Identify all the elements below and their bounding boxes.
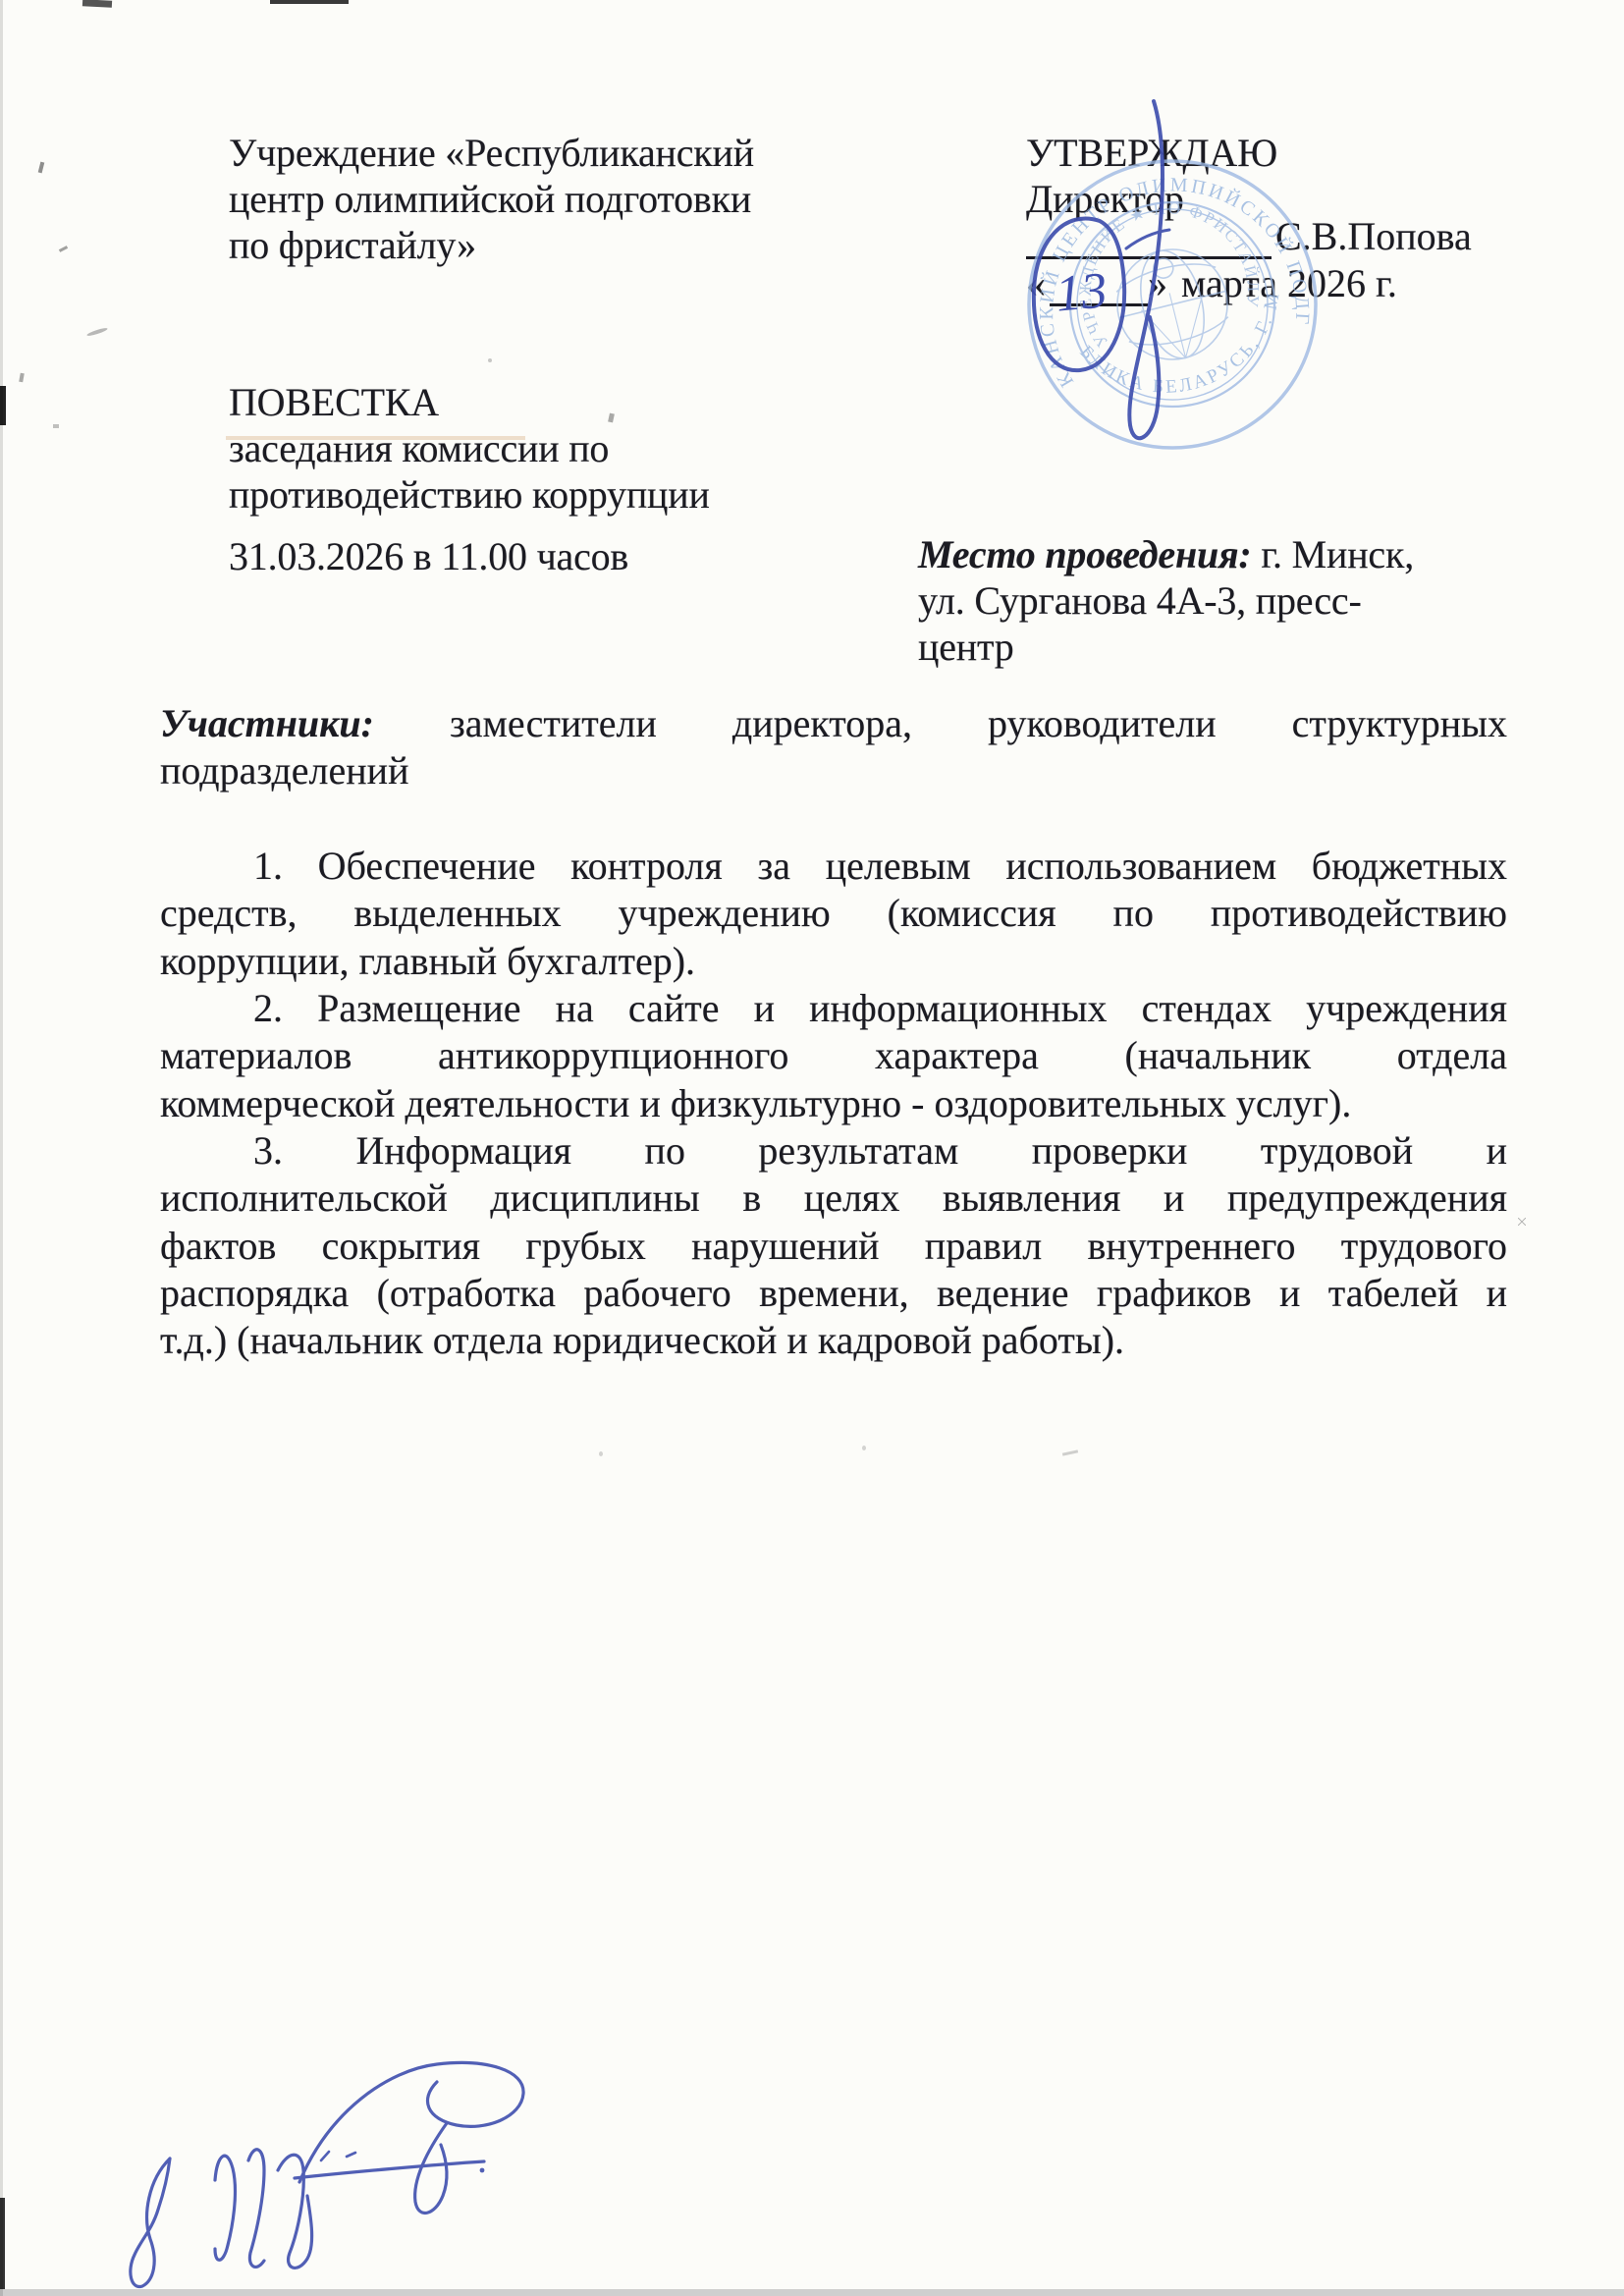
signature-stroke: [321, 2152, 355, 2160]
participants-paragraph: Участники: заместители директора, руково…: [160, 700, 1507, 795]
agenda-item-1: 1. Обеспечение контроля за целевым испол…: [160, 843, 1507, 985]
scan-speck: [53, 424, 59, 428]
scan-speck: [86, 327, 108, 338]
meeting-datetime: 31.03.2026 в 11.00 часов: [229, 533, 628, 579]
item-line: 3. Информация по результатам проверки тр…: [160, 1127, 1507, 1175]
signature-stroke: [295, 2161, 484, 2178]
scan-speck: [59, 246, 68, 252]
signature-stroke: [248, 2150, 264, 2268]
scanned-document-page: Учреждение «Республиканский центр олимпи…: [0, 0, 1624, 2296]
participants-label: Участники:: [160, 701, 374, 745]
agenda-subtitle-line: противодействию коррупции: [229, 471, 710, 518]
meeting-place-line: ул. Сурганова 4А-3, пресс-: [918, 577, 1414, 624]
director-signature: 13: [1006, 93, 1291, 486]
scan-speck: [599, 1451, 603, 1456]
item-line: т.д.) (начальник отдела юридической и ка…: [160, 1317, 1507, 1364]
scan-artifact-line: [226, 436, 525, 440]
institution-name-line: центр олимпийской подготовки: [229, 176, 754, 222]
item-line: 1. Обеспечение контроля за целевым испол…: [160, 843, 1507, 890]
participants-text: заместители директора, руководители стру…: [450, 701, 1507, 745]
item-line: распорядка (отработка рабочего времени, …: [160, 1270, 1507, 1317]
signature-stroke: [215, 2156, 235, 2260]
institution-name-line: Учреждение «Республиканский: [229, 130, 754, 176]
signature-dot: [480, 2168, 485, 2173]
item-line: средств, выделенных учреждению (комиссия…: [160, 890, 1507, 937]
agenda-title-block: ПОВЕСТКА заседания комиссии по противоде…: [229, 379, 710, 518]
signature-stroke: [131, 2159, 170, 2287]
handwritten-day: 13: [1054, 262, 1110, 322]
item-line: 2. Размещение на сайте и информационных …: [160, 985, 1507, 1032]
scan-speck: [862, 1446, 866, 1450]
signature-stroke: [278, 2155, 312, 2268]
item-line: фактов сокрытия грубых нарушений правил …: [160, 1223, 1507, 1270]
participants-line: подразделений: [160, 747, 1507, 794]
page-edge: [0, 2289, 1624, 2296]
signature-tick-stroke: [1126, 230, 1169, 248]
page-edge: [82, 0, 112, 8]
page-edge: [270, 0, 349, 4]
scan-speck: [488, 358, 492, 362]
place-city: г. Минск,: [1261, 532, 1414, 576]
agenda-item-3: 3. Информация по результатам проверки тр…: [160, 1127, 1507, 1364]
participants-line: Участники: заместители директора, руково…: [160, 700, 1507, 747]
item-line: коррупции, главный бухгалтер).: [160, 938, 1507, 985]
scan-speck: [19, 373, 25, 383]
institution-name-block: Учреждение «Республиканский центр олимпи…: [229, 130, 754, 268]
agenda-item-2: 2. Размещение на сайте и информационных …: [160, 985, 1507, 1127]
item-line: исполнительской дисциплины в целях выявл…: [160, 1175, 1507, 1222]
place-label: Место проведения:: [918, 532, 1252, 576]
meeting-place-block: Место проведения: г. Минск, ул. Сурганов…: [918, 531, 1414, 670]
scan-speck: [1518, 1218, 1526, 1226]
agenda-title: ПОВЕСТКА: [229, 379, 710, 425]
agenda-subtitle-line: заседания комиссии по: [229, 425, 710, 471]
meeting-place-line: центр: [918, 624, 1414, 670]
scan-speck: [38, 162, 45, 174]
signature-stroke: [299, 2062, 523, 2182]
meeting-place-line: Место проведения: г. Минск,: [918, 531, 1414, 577]
secondary-signature: [113, 2023, 584, 2296]
item-line: коммерческой деятельности и физкультурно…: [160, 1080, 1507, 1127]
item-line: материалов антикоррупционного характера …: [160, 1032, 1507, 1079]
signature-flourish-stroke: [1129, 101, 1163, 438]
scan-speck: [1062, 1449, 1078, 1455]
page-edge: [0, 0, 3, 2296]
signature-stroke: [415, 2123, 447, 2213]
institution-name-line: по фристайлу»: [229, 222, 754, 268]
